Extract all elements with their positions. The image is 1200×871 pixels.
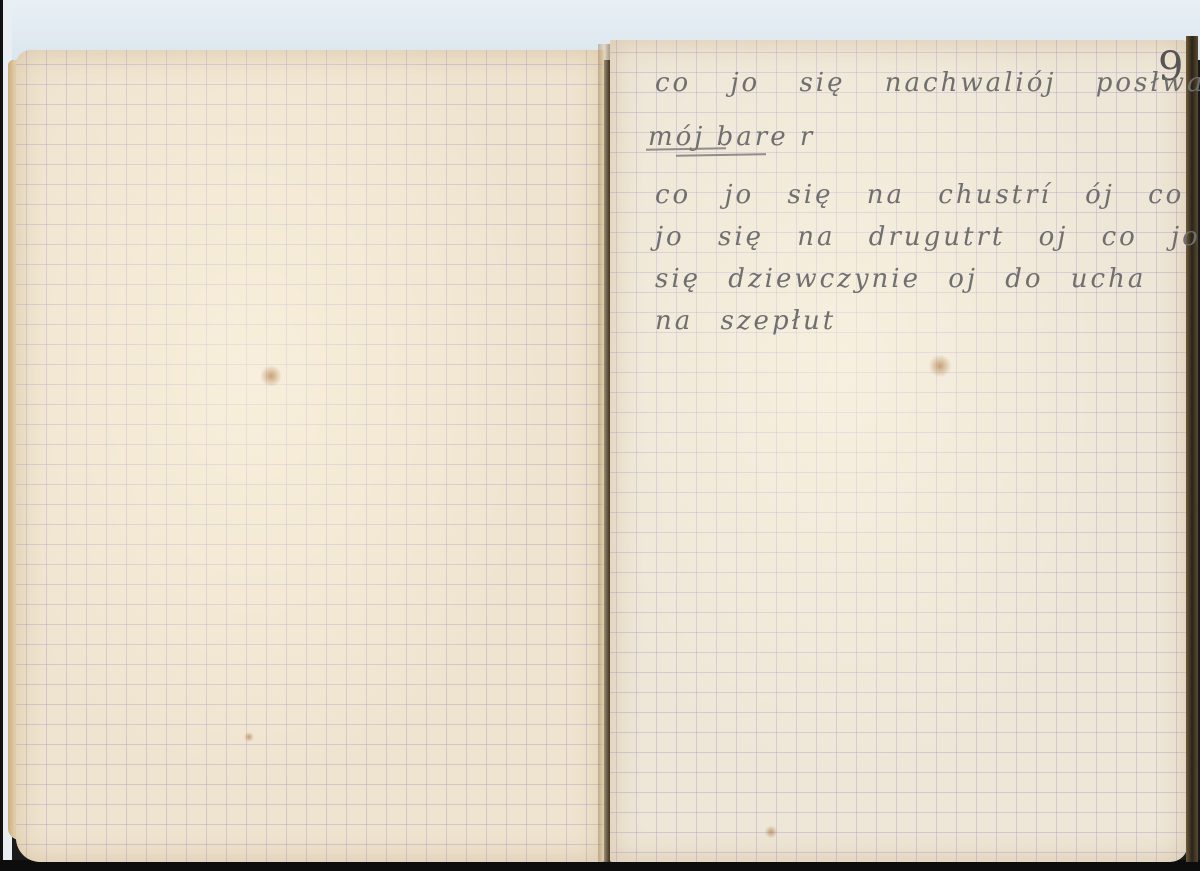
right-page-stack-edge (1186, 36, 1198, 862)
left-page (16, 50, 604, 862)
right-page (610, 40, 1188, 862)
handwritten-line: co jo się na chustrí ój co (655, 180, 1184, 210)
stain (928, 355, 952, 377)
handwritten-line: na szepłut (655, 306, 836, 336)
stain (764, 826, 778, 838)
handwritten-line: jo się na drugutrt oj co jo (655, 222, 1200, 252)
stain (244, 732, 254, 742)
handwritten-line: się dziewczynie oj do ucha (655, 264, 1146, 294)
stain (260, 365, 282, 387)
handwritten-line: co jo się nachwaliój posłwać (655, 68, 1200, 98)
